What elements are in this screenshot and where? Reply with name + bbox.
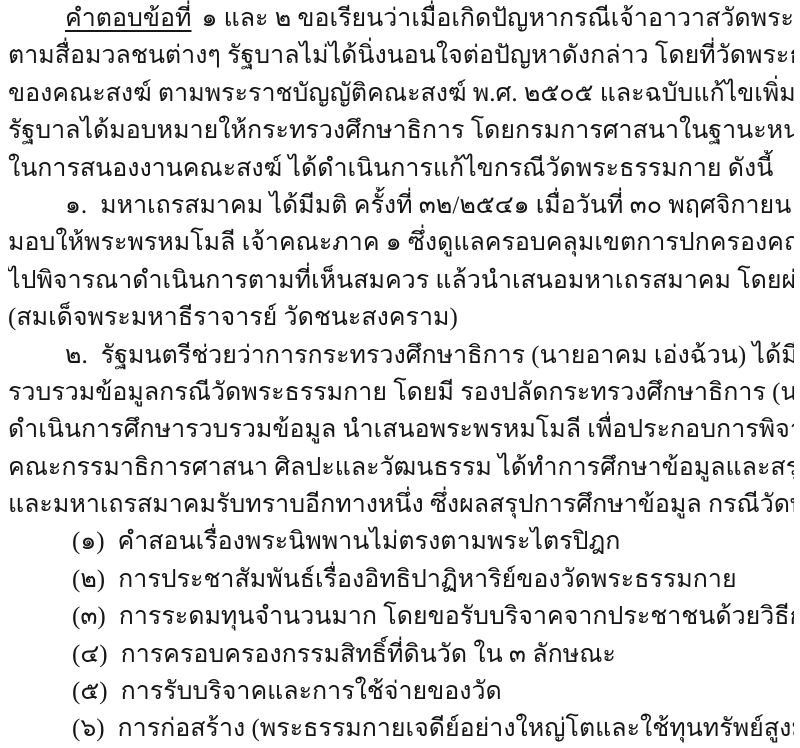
paragraph-number: ๒. — [65, 342, 88, 369]
document-line: ของคณะสงฆ์ ตามพระราชบัญญัติคณะสงฆ์ พ.ศ. … — [8, 75, 794, 112]
line-text: ในการสนองงานคณะสงฆ์ ได้ดำเนินการแก้ไขกรณ… — [8, 155, 773, 182]
list-item: (๑)คำสอนเรื่องพระนิพพานไม่ตรงตามพระไตรปิ… — [8, 523, 794, 560]
document-line: มอบให้พระพรหมโมลี เจ้าคณะภาค ๑ ซึ่งดูแลค… — [8, 224, 794, 261]
line-text: ไปพิจารณาดำเนินการตามที่เห็นสมควร แล้วนำ… — [8, 267, 794, 294]
line-text: ดำเนินการศึกษารวบรวมข้อมูล นำเสนอพระพรหม… — [8, 416, 794, 443]
list-item-number: (๕) — [72, 678, 108, 705]
list-item: (๖)การก่อสร้าง (พระธรรมกายเจดีย์อย่างใหญ… — [8, 710, 794, 747]
list-item: (๓)การระดมทุนจำนวนมาก โดยขอรับบริจาคจากป… — [8, 598, 794, 635]
list-item-number: (๓) — [72, 603, 106, 630]
document-line: และมหาเถรสมาคมรับทราบอีกทางหนึ่ง ซึ่งผลส… — [8, 486, 794, 523]
document-line: ๒.รัฐมนตรีช่วยว่าการกระทรวงศึกษาธิการ (น… — [8, 337, 794, 374]
document-line: คณะกรรมาธิการศาสนา ศิลปะและวัฒนธรรม ได้ท… — [8, 449, 794, 486]
line-text: ๑ และ ๒ ขอเรียนว่าเมื่อเกิดปัญหากรณีเจ้า… — [201, 5, 794, 32]
document-line: (สมเด็จพระมหาธีราจารย์ วัดชนะสงคราม) — [8, 299, 794, 336]
document-line: รวบรวมข้อมูลกรณีวัดพระธรรมกาย โดยมี รองป… — [8, 374, 794, 411]
paragraph-number: ๑. — [65, 192, 87, 219]
document-line: คำตอบข้อที่๑ และ ๒ ขอเรียนว่าเมื่อเกิดปั… — [8, 0, 794, 37]
line-text: คณะกรรมาธิการศาสนา ศิลปะและวัฒนธรรม ได้ท… — [8, 454, 794, 481]
line-text: รัฐมนตรีช่วยว่าการกระทรวงศึกษาธิการ (นาย… — [101, 342, 794, 369]
document-line: ในการสนองงานคณะสงฆ์ ได้ดำเนินการแก้ไขกรณ… — [8, 150, 794, 187]
document-line: รัฐบาลได้มอบหมายให้กระทรวงศึกษาธิการ โดย… — [8, 112, 794, 149]
list-item-number: (๖) — [72, 715, 105, 742]
document-line: ๑.มหาเถรสมาคม ได้มีมติ ครั้งที่ ๓๒/๒๕๔๑ … — [8, 187, 794, 224]
line-text: (สมเด็จพระมหาธีราจารย์ วัดชนะสงคราม) — [8, 304, 458, 331]
line-text: คำสอนเรื่องพระนิพพานไม่ตรงตามพระไตรปิฎก — [118, 528, 621, 555]
line-text: มอบให้พระพรหมโมลี เจ้าคณะภาค ๑ ซึ่งดูแลค… — [8, 229, 794, 256]
line-text: ตามสื่อมวลชนต่างๆ รัฐบาลไม่ได้นิ่งนอนใจต… — [8, 42, 794, 69]
list-item-number: (๑) — [72, 528, 105, 555]
list-item: (๕)การรับบริจาคและการใช้จ่ายของวัด — [8, 673, 794, 710]
line-text: การครอบครองกรรมสิทธิ์ที่ดินวัด ใน ๓ ลักษ… — [121, 641, 616, 668]
list-item: (๔)การครอบครองกรรมสิทธิ์ที่ดินวัด ใน ๓ ล… — [8, 636, 794, 673]
document-line: ตามสื่อมวลชนต่างๆ รัฐบาลไม่ได้นิ่งนอนใจต… — [8, 37, 794, 74]
list-item: (๒)การประชาสัมพันธ์เรื่องอิทธิปาฏิหาริย์… — [8, 561, 794, 598]
answer-heading: คำตอบข้อที่ — [65, 5, 191, 32]
document-line: ดำเนินการศึกษารวบรวมข้อมูล นำเสนอพระพรหม… — [8, 411, 794, 448]
line-text: การประชาสัมพันธ์เรื่องอิทธิปาฏิหาริย์ของ… — [118, 566, 736, 593]
list-item-number: (๔) — [72, 641, 108, 668]
list-item-number: (๒) — [72, 566, 105, 593]
line-text: และมหาเถรสมาคมรับทราบอีกทางหนึ่ง ซึ่งผลส… — [8, 491, 794, 518]
line-text: รัฐบาลได้มอบหมายให้กระทรวงศึกษาธิการ โดย… — [8, 117, 794, 144]
line-text: การระดมทุนจำนวนมาก โดยขอรับบริจาคจากประช… — [119, 603, 794, 630]
line-text: มหาเถรสมาคม ได้มีมติ ครั้งที่ ๓๒/๒๕๔๑ เม… — [100, 192, 794, 219]
document-line: ไปพิจารณาดำเนินการตามที่เห็นสมควร แล้วนำ… — [8, 262, 794, 299]
document-page: คำตอบข้อที่๑ และ ๒ ขอเรียนว่าเมื่อเกิดปั… — [0, 0, 800, 748]
line-text: การรับบริจาคและการใช้จ่ายของวัด — [121, 678, 502, 705]
line-text: ของคณะสงฆ์ ตามพระราชบัญญัติคณะสงฆ์ พ.ศ. … — [8, 80, 794, 107]
line-text: รวบรวมข้อมูลกรณีวัดพระธรรมกาย โดยมี รองป… — [8, 379, 794, 406]
line-text: การก่อสร้าง (พระธรรมกายเจดีย์อย่างใหญ่โต… — [118, 715, 794, 742]
